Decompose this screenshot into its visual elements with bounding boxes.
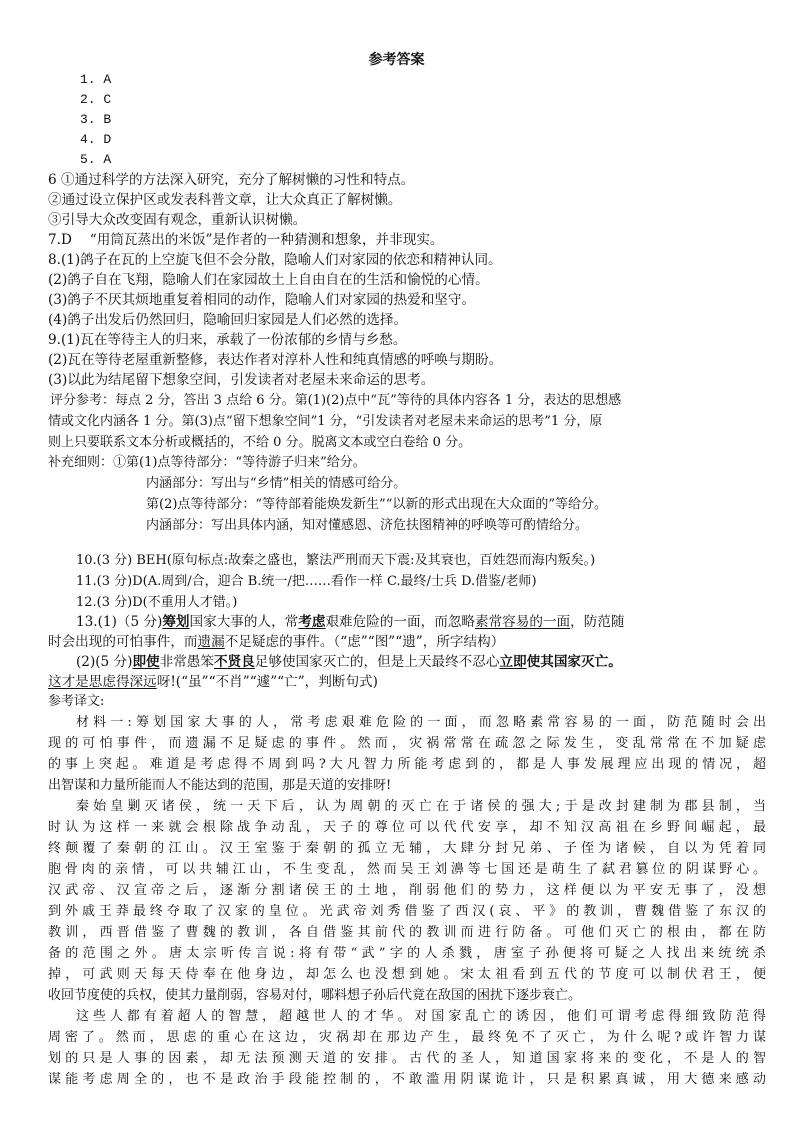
text-span: ，防范随 [570, 614, 624, 630]
choice-answer-2: 2. C [80, 90, 111, 110]
answer-letter: D [103, 132, 111, 147]
translation-line-3: 的事上突起。难道是考虑得不周到吗?大凡智力所能考虑到的，都是人事发展理应出现的情… [48, 755, 766, 775]
supplement-item: ①第(1)点等待部分：“等待游子归来”给分。 [113, 455, 366, 470]
q6-line-1: 6 ①通过科学的方法深入研究，充分了解树懒的习性和特点。 [48, 170, 414, 190]
text-span: 时会出现的可怕事件，而 [48, 634, 198, 650]
supplement-line-4: 内涵部分：写出具体内涵，知对懂感恩、济危扶图精神的呼唤等可酌情给分。 [146, 516, 588, 536]
q9-line-2: (2)瓦在等待老屋重新整修，表达作者对淳朴人性和纯真情感的呼唤与期盼。 [48, 350, 502, 370]
supplement-line-2: 内涵部分：写出与“乡情”相关的情感可给分。 [146, 474, 406, 494]
q7-line: 7.D “用筒瓦蒸出的米饭”是作者的一种猜测和想象，并非现实。 [48, 230, 444, 250]
q10-line: 10.(3 分) BEH(原句标点:故秦之盛也，繁法严刑而天下震:及其衰也，百姓… [76, 551, 595, 571]
answer-key-page: 参考答案 1. A 2. C 3. B 4. D 5. A 6 ①通过科学的方法… [0, 0, 793, 1122]
scoring-line-2: 情或文化内涵各 1 分。第(3)点“留下想象空间”1 分，“引发读者对老屋未来命… [48, 412, 602, 432]
translation-line-13: 掉，可武则天每天侍奉在他身边，却怎么也没想到她。宋太祖看到五代的节度可以制伏君王… [48, 965, 766, 985]
translation-line-5: 秦始皇剿灭诸侯，统一天下后，认为周朝的灭亡在于诸侯的强大;于是改封建制为郡县制，… [76, 797, 766, 817]
answer-number: 4. [80, 132, 96, 147]
translation-line-14: 收回节度使的兵权，使其力量削弱，容易对付，哪料想子孙后代竟在敌国的困扰下逐步衰亡… [48, 986, 581, 1006]
scoring-line-1: 评分参考：每点 2 分，答出 3 点给 6 分。第(1)(2)点中“瓦”等待的具… [50, 391, 621, 411]
q13-2-line-1: (2)(5 分)即使非常愚笨不贤良足够使国家灭亡的，但是上天最终不忍心立即使其国… [76, 652, 622, 672]
text-span: 国家大事的人，常 [190, 614, 299, 630]
choice-answer-5: 5. A [80, 150, 111, 170]
answer-letter: A [103, 152, 111, 167]
key-word: 立即 [499, 654, 526, 670]
choice-answer-4: 4. D [80, 130, 111, 150]
answer-letter: B [103, 112, 111, 127]
translation-label: 参考译文: [48, 692, 104, 712]
translation-line-8: 胞骨肉的亲情，可以共辅江山，不生变乱，然而吴王刘濞等七国还是萌生了弑君篡位的阴谋… [48, 860, 766, 880]
key-phrase: 这才是思虑得深远 [48, 674, 157, 690]
q6-line-3: ③引导大众改变固有观念，重新认识树懒。 [48, 210, 306, 230]
q13-1-line-2: 时会出现的可怕事件，而遗漏不足疑虑的事件。（“虑”“图”“遗”，所字结构） [48, 632, 504, 652]
answer-letter: C [103, 92, 111, 107]
supplement-line-3: 第(2)点等待部分：“等待部着能焕发新生”“以新的形式出现在大众面的”等给分。 [146, 495, 607, 515]
answer-number: 2. [80, 92, 96, 107]
translation-line-6: 时认为这样一来就会根除战争动乱，天子的尊位可以代代安享，却不知汉高祖在乡野间崛起… [48, 818, 766, 838]
text-span: 足够使国家灭亡的，但是上天最终不忍心 [255, 654, 500, 670]
translation-line-12: 备的范围之外。唐太宗听传言说:将有带“武”字的人杀戮，唐室子孙便将可疑之人找出来… [48, 944, 766, 964]
answer-letter: A [103, 72, 111, 87]
choice-answer-1: 1. A [80, 70, 111, 90]
supplement-line-1: 补充细则：①第(1)点等待部分：“等待游子归来”给分。 [48, 453, 366, 473]
translation-line-1: 材料一:筹划国家大事的人，常考虑艰难危险的一面，而忽略素常容易的一面，防范随时会… [76, 713, 766, 733]
answer-number: 5. [80, 152, 96, 167]
q13-1-line-1: 13.(1)（5 分)筹划国家大事的人，常考虑艰难危险的一面，而忽略素常容易的一… [76, 612, 625, 632]
key-word: 筹划 [162, 614, 189, 630]
q6-line-2: ②通过设立保护区或发表科普文章，让大众真正了解树懒。 [48, 190, 401, 210]
q8-line-2: (2)鸽子自在飞翔，隐喻人们在家园故土上自由自在的生活和愉悦的心情。 [48, 270, 489, 290]
scoring-line-3: 则上只要联系文本分析或概括的，不给 0 分。脱离文本或空白卷给 0 分。 [48, 433, 471, 453]
q8-line-3: (3)鸽子不厌其烦地重复着相同的动作，隐喻人们对家园的热爱和坚守。 [48, 290, 475, 310]
key-word: 即使 [132, 654, 159, 670]
q8-line-4: (4)鸽子出发后仍然回归，隐喻回归家园是人们必然的选择。 [48, 310, 407, 330]
q13-2-line-2: 这才是思虑得深远呀!(“虽”“不肖”“遽”“亡”，判断句式) [48, 672, 378, 692]
text-span: 非常愚笨 [160, 654, 214, 670]
translation-line-10: 到外戚王莽最终夺取了汉家的皇位。光武帝刘秀借鉴了西汉(哀、平》的教训，曹魏借鉴了… [48, 902, 766, 922]
key-word: 遗漏 [198, 634, 225, 650]
q12-line: 12.(3 分)D(不重用人才错。) [76, 593, 237, 613]
translation-line-9: 汉武帝、汉宣帝之后，逐渐分割诸侯王的土地，削弱他们的势力，这样便以为平安无事了，… [48, 881, 766, 901]
text-span: 呀!(“虽”“不肖”“遽”“亡”，判断句式) [157, 674, 378, 690]
q9-line-3: (3)以此为结尾留下想象空间，引发读者对老屋未来命运的思考。 [48, 370, 434, 390]
translation-line-11: 教训，西晋借鉴了曹魏的教训，各自借鉴其前代的教训而进行防备。可他们灭亡的根由，都… [48, 923, 766, 943]
translation-line-4: 出智谋和力量所能而人不能达到的范围，那是天道的安排呀! [48, 776, 391, 796]
text-span: 使其国家灭亡。 [527, 654, 622, 670]
answer-number: 1. [80, 72, 96, 87]
key-word: 不贤良 [214, 654, 255, 670]
supplement-label: 补充细则： [48, 455, 113, 470]
text-span: 不足疑虑的事件。（“虑”“图”“遗”，所字结构） [225, 634, 505, 650]
key-word: 考虑 [298, 614, 325, 630]
translation-line-16: 周密了。然而，思虑的重心在这边，灾祸却在那边产生，最终免不了灭亡，为什么呢?或许… [48, 1028, 766, 1048]
q9-line-1: 9.(1)瓦在等待主人的归来，承载了一份浓郁的乡情与乡愁。 [48, 330, 406, 350]
q11-line: 11.(3 分)D(A.周到/合，迎合 B.统一/把……看作一样 C.最终/士兵… [76, 572, 537, 592]
answer-number: 3. [80, 112, 96, 127]
translation-line-15: 这些人都有着超人的智慧，超越世人的才华。对国家乱亡的诱因，他们可谓考虑得细致防范… [76, 1007, 766, 1027]
text-span: 艰难危险的一面，而忽略 [325, 614, 475, 630]
translation-line-18: 谋能考虑周全的，也不是政治手段能控制的，不敢滥用阴谋诡计，只是积累真诚，用大德来… [48, 1070, 766, 1090]
translation-line-17: 划的只是人事的因素，却无法预测天道的安排。古代的圣人，知道国家将来的变化，不是人… [48, 1049, 766, 1069]
page-title: 参考答案 [0, 49, 793, 69]
q8-line-1: 8.(1)鸽子在瓦的上空旋飞但不会分散，隐喻人们对家园的依恋和精神认同。 [48, 250, 502, 270]
key-phrase: 素常容易的一面 [475, 614, 570, 630]
translation-line-2: 现的可怕事件，而遗漏不足疑虑的事件。然而，灾祸常常在疏忽之际发生，变乱常常在不加… [48, 734, 766, 754]
translation-line-7: 终颠覆了秦朝的江山。汉王室鉴于秦朝的孤立无辅，大肆分封兄弟、子侄为诸候，自以为凭… [48, 839, 766, 859]
q13-1-prefix: 13.(1)（5 分) [76, 614, 162, 630]
choice-answer-3: 3. B [80, 110, 111, 130]
q13-2-prefix: (2)(5 分) [76, 654, 132, 670]
